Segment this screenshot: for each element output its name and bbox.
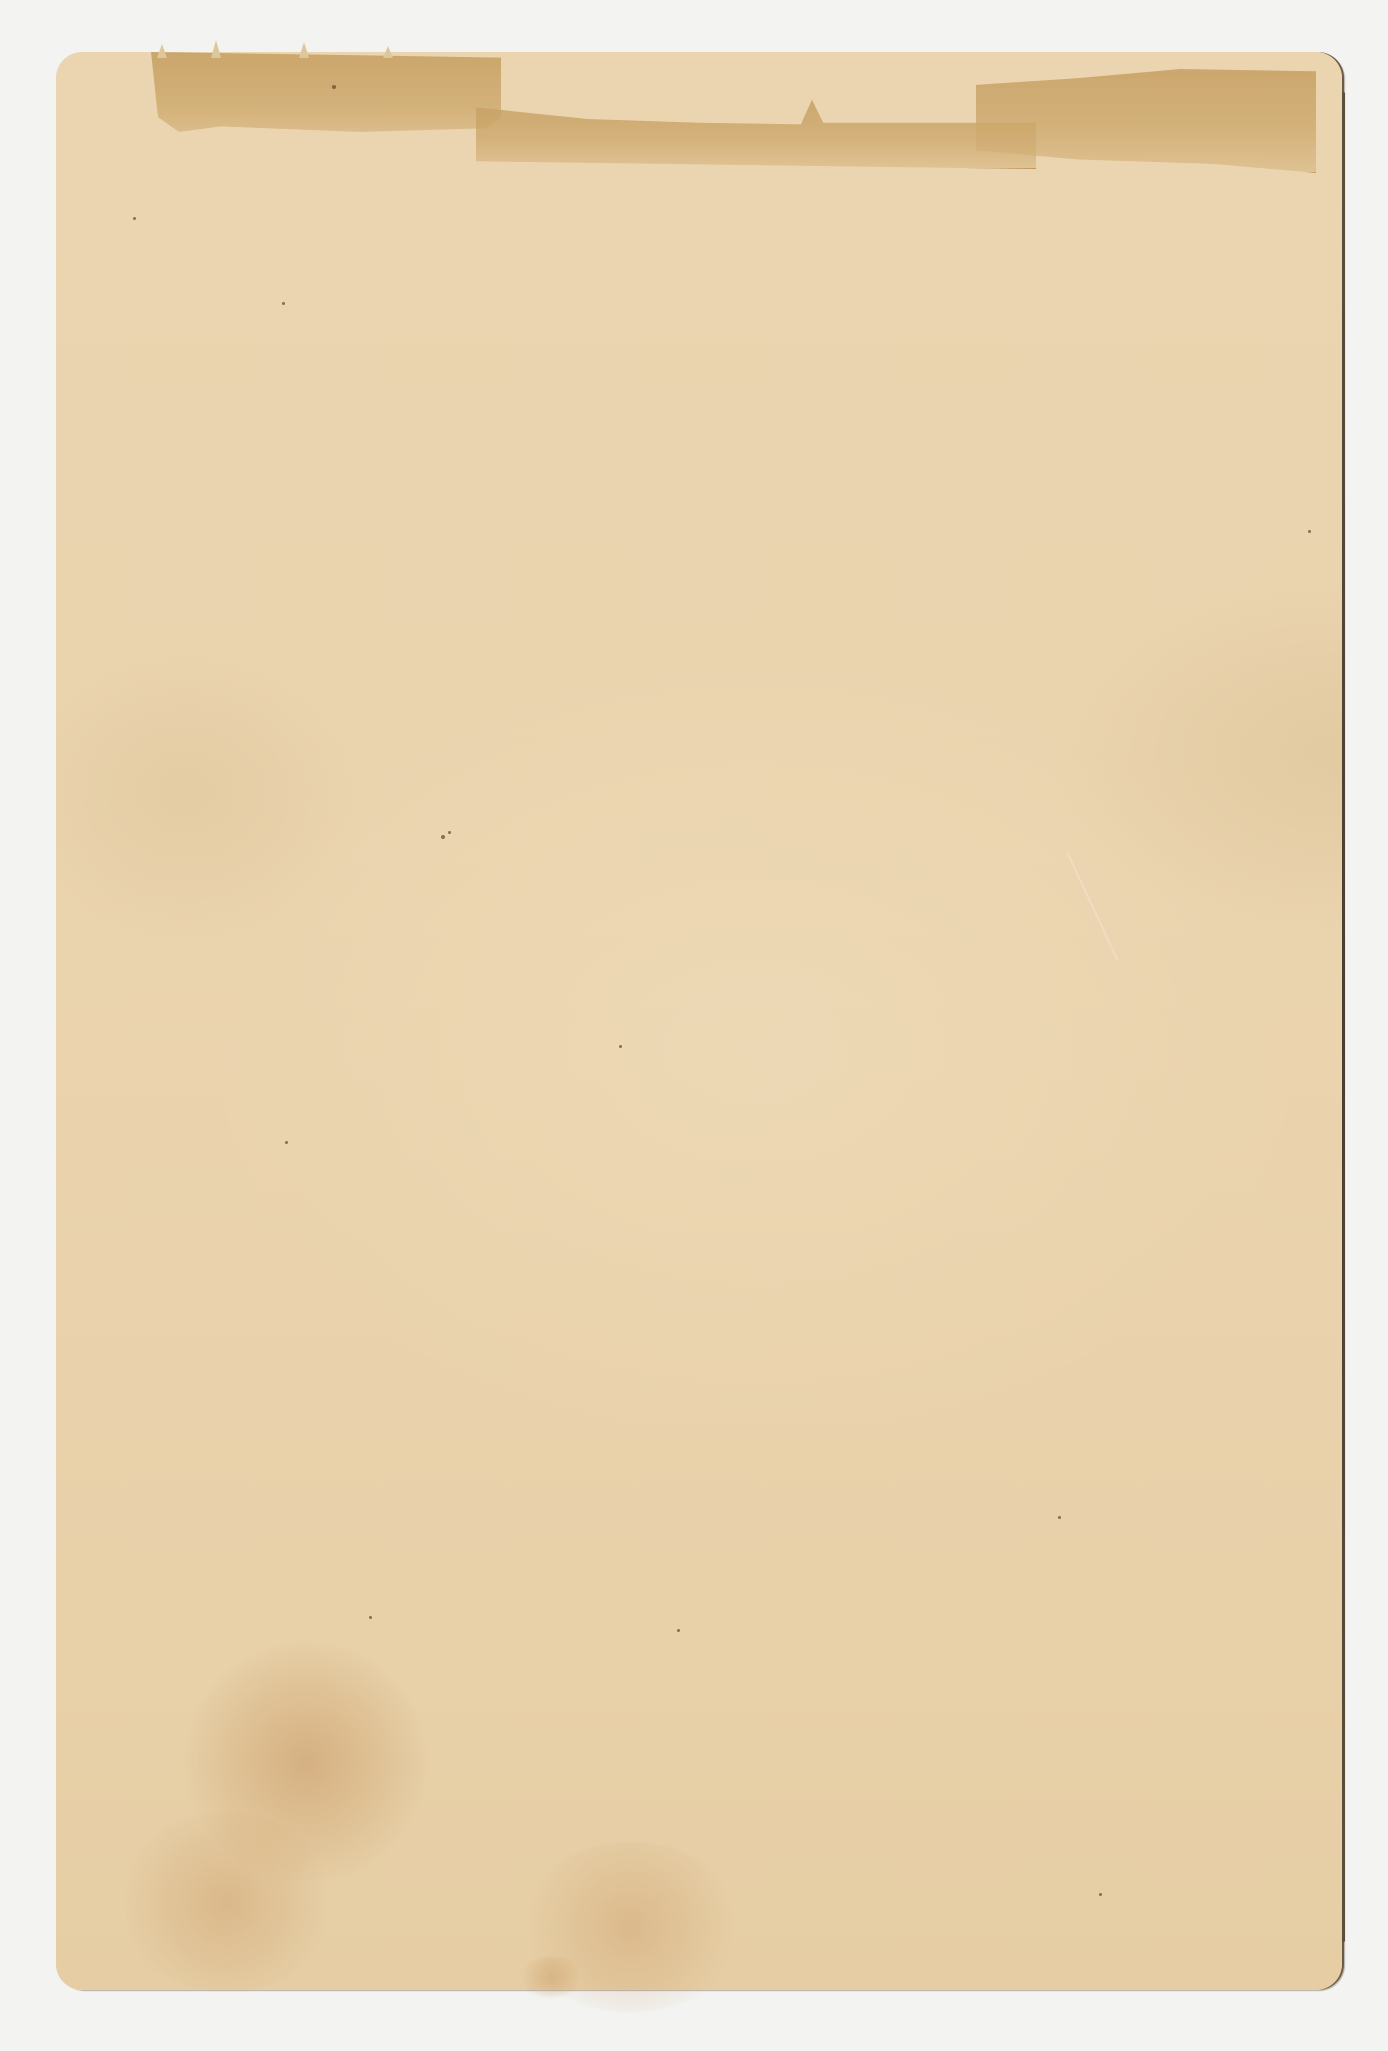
card-edge	[1342, 92, 1345, 1942]
scan-background	[0, 0, 1388, 2051]
torn-tape-fragments	[151, 38, 411, 58]
speck	[677, 1629, 680, 1632]
tape-residue-left	[151, 52, 501, 145]
speck	[332, 85, 336, 89]
speck	[133, 217, 136, 220]
speck	[619, 1045, 622, 1048]
foxing-stain	[116, 1812, 336, 1992]
speck	[1099, 1893, 1102, 1896]
edge-stain	[516, 1957, 586, 1997]
speck	[282, 302, 285, 305]
tape-residue-middle	[476, 92, 1036, 169]
speck	[369, 1616, 372, 1619]
speck	[441, 835, 445, 839]
speck	[285, 1141, 288, 1144]
crease-mark	[1066, 851, 1119, 961]
speck	[1308, 530, 1311, 533]
speck	[448, 831, 451, 834]
speck	[1058, 1516, 1061, 1519]
cabinet-card-back	[56, 52, 1342, 1990]
